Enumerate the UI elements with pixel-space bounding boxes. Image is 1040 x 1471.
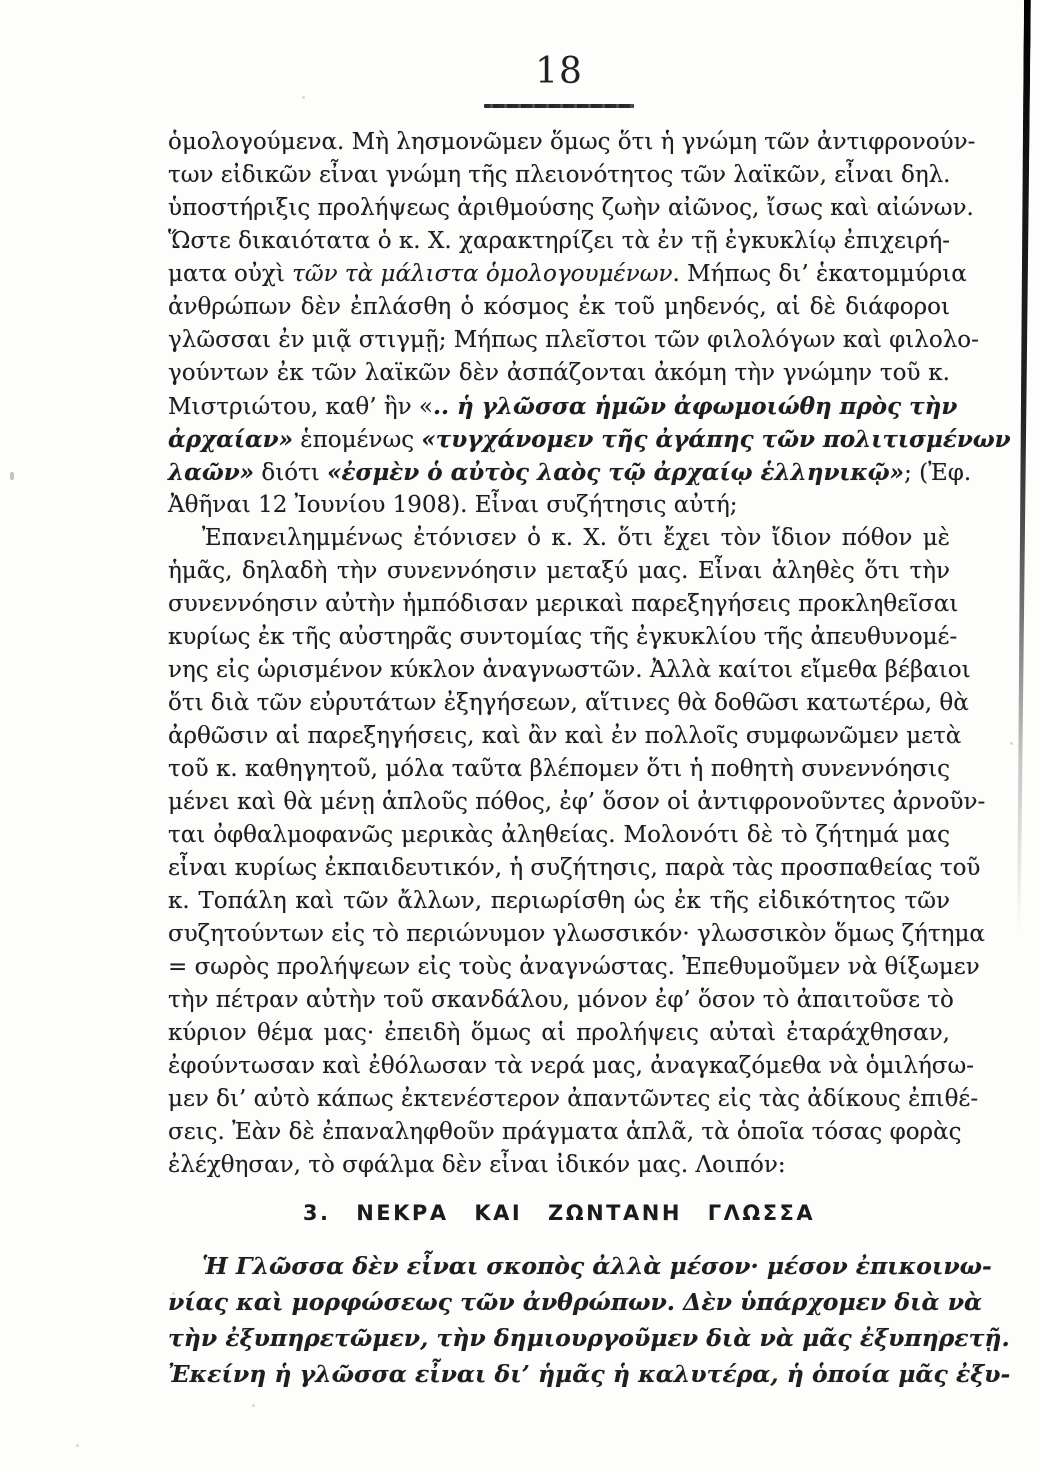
scan-speck xyxy=(938,1330,941,1333)
text-run: νίας καὶ μορφώσεως τῶν ἀνθρώπων. Δὲν ὑπά… xyxy=(168,1288,982,1316)
section-heading: 3. ΝΕΚΡΑ ΚΑΙ ΖΩΝΤΑΝΗ ΓΛΩΣΣΑ xyxy=(168,1200,950,1226)
text-line: ὁμολογούμενα. Μὴ λησμονῶμεν ὅμως ὅτι ἡ γ… xyxy=(168,126,950,159)
text-line: ματα οὐχὶ τῶν τὰ μάλιστα ὁμολογουμένων. … xyxy=(168,258,950,291)
text-run: διότι xyxy=(254,460,327,486)
text-line: νίας καὶ μορφώσεως τῶν ἀνθρώπων. Δὲν ὑπά… xyxy=(168,1284,950,1320)
text-line: ἐλέχθησαν, τὸ σφάλμα δὲν εἶναι ἰδικόν μα… xyxy=(168,1149,950,1182)
text-line: Ἡ Γλῶσσα δὲν εἶναι σκοπὸς ἀλλὰ μέσον· μέ… xyxy=(168,1248,950,1284)
text-line: ὑποστήριξις προλήψεως ἀριθμούσης ζωὴν αἰ… xyxy=(168,192,950,225)
text-run: εἶναι κυρίως ἐκπαιδευτικόν, ἡ συζήτησις,… xyxy=(168,855,980,881)
text-run: τοῦ κ. καθηγητοῦ, μόλα ταῦτα βλέπομεν ὅτ… xyxy=(168,756,950,782)
text-run: συνεννόησιν αὐτὴν ἡμπόδισαν μερικαὶ παρε… xyxy=(168,591,958,617)
scan-speck xyxy=(1010,742,1013,745)
text-line: ἀρχαίαν» ἑπομένως «τυγχάνομεν τῆς ἀγάπης… xyxy=(168,423,950,456)
text-line: ἀνθρώπων δὲν ἐπλάσθη ὁ κόσμος ἐκ τοῦ μηδ… xyxy=(168,291,950,324)
text-run: «ἐσμὲν ὁ αὐτὸς λαὸς τῷ ἀρχαίῳ ἑλληνικῷ» xyxy=(327,459,904,486)
paragraph-two: Ἐπανειλημμένως ἐτόνισεν ὁ κ. Χ. ὅτι ἔχει… xyxy=(168,522,950,1182)
text-run: γλῶσσαι ἐν μιᾷ στιγμῇ; Μήπως πλεῖστοι τῶ… xyxy=(168,327,979,353)
paragraph-lead-bold-italic: Ἡ Γλῶσσα δὲν εἶναι σκοπὸς ἀλλὰ μέσον· μέ… xyxy=(168,1248,950,1392)
page-header: 18 xyxy=(168,52,950,108)
text-run: γούντων ἐκ τῶν λαϊκῶν δὲν ἀσπάζονται ἀκό… xyxy=(168,360,950,386)
text-run: μένει καὶ θὰ μένῃ ἁπλοῦς πόθος, ἐφ’ ὅσον… xyxy=(168,789,985,815)
text-line: Ἐπανειλημμένως ἐτόνισεν ὁ κ. Χ. ὅτι ἔχει… xyxy=(168,522,950,555)
text-run: συζητούντων εἰς τὸ περιώνυμον γλωσσικόν·… xyxy=(168,921,985,947)
text-run: Μιστριώτου, καθ’ ἣν « xyxy=(168,394,433,420)
text-line: κύριον θέμα μας· ἐπειδὴ ὅμως αἱ προλήψει… xyxy=(168,1017,950,1050)
text-run: ἡμᾶς, δηλαδὴ τὴν συνεννόησιν μεταξύ μας.… xyxy=(168,558,950,584)
text-run: ἀνθρώπων δὲν ἐπλάσθη ὁ κόσμος ἐκ τοῦ μηδ… xyxy=(168,294,950,320)
text-line: = σωρὸς προλήψεων εἰς τοὺς ἀναγνώστας. Ἐ… xyxy=(168,951,950,984)
text-line: γλῶσσαι ἐν μιᾷ στιγμῇ; Μήπως πλεῖστοι τῶ… xyxy=(168,324,950,357)
text-line: ται ὀφθαλμοφανῶς μερικὰς ἀληθείας. Μολον… xyxy=(168,819,950,852)
text-run: ται ὀφθαλμοφανῶς μερικὰς ἀληθείας. Μολον… xyxy=(168,822,950,848)
text-run: Ὥστε δικαιότατα ὁ κ. Χ. χαρακτηρίζει τὰ … xyxy=(168,228,950,254)
text-line: ἡμᾶς, δηλαδὴ τὴν συνεννόησιν μεταξύ μας.… xyxy=(168,555,950,588)
text-line: εἶναι κυρίως ἐκπαιδευτικόν, ἡ συζήτησις,… xyxy=(168,852,950,885)
text-line: λαῶν» διότι «ἐσμὲν ὁ αὐτὸς λαὸς τῷ ἀρχαί… xyxy=(168,456,950,489)
text-run: νης εἰς ὡρισμένον κύκλον ἀναγνωστῶν. Ἀλλ… xyxy=(168,657,971,683)
text-run: ἐλέχθησαν, τὸ σφάλμα δὲν εἶναι ἰδικόν μα… xyxy=(168,1152,786,1178)
scan-speck xyxy=(868,206,871,209)
text-run: Ἀθῆναι 12 Ἰουνίου 1908). Εἶναι συζήτησις… xyxy=(168,492,738,518)
page-number-rule xyxy=(484,104,634,108)
text-line: συζητούντων εἰς τὸ περιώνυμον γλωσσικόν·… xyxy=(168,918,950,951)
text-run: τὴν ἐξυπηρετῶμεν, τὴν δημιουργοῦμεν διὰ … xyxy=(168,1324,1010,1352)
scan-speck xyxy=(252,1404,255,1407)
text-run: των εἰδικῶν εἶναι γνώμη τῆς πλειονότητος… xyxy=(168,162,950,188)
scan-speck xyxy=(302,96,305,99)
text-run: ἐφούντωσαν καὶ ἐθόλωσαν τὰ νερά μας, ἀνα… xyxy=(168,1053,974,1079)
text-line: μένει καὶ θὰ μένῃ ἁπλοῦς πόθος, ἐφ’ ὅσον… xyxy=(168,786,950,819)
text-run: Ἡ Γλῶσσα δὲν εἶναι σκοπὸς ἀλλὰ μέσον· μέ… xyxy=(202,1252,992,1280)
page-number: 18 xyxy=(168,52,950,92)
scan-speck xyxy=(76,1444,79,1447)
text-line: κ. Τοπάλη καὶ τῶν ἄλλων, περιωρίσθη ὡς ἐ… xyxy=(168,885,950,918)
text-run: Ἐπανειλημμένως ἐτόνισεν ὁ κ. Χ. ὅτι ἔχει… xyxy=(202,525,950,551)
paragraph-continuation: ὁμολογούμενα. Μὴ λησμονῶμεν ὅμως ὅτι ἡ γ… xyxy=(168,126,950,522)
text-run: κ. Τοπάλη καὶ τῶν ἄλλων, περιωρίσθη ὡς ἐ… xyxy=(168,888,950,914)
text-line: συνεννόησιν αὐτὴν ἡμπόδισαν μερικαὶ παρε… xyxy=(168,588,950,621)
text-run: μεν δι’ αὐτὸ κάπως ἐκτενέστερον ἀπαντῶντ… xyxy=(168,1086,978,1112)
text-line: ὅτι διὰ τῶν εὐρυτάτων ἐξηγήσεων, αἵτινες… xyxy=(168,687,950,720)
text-line: σεις. Ἐὰν δὲ ἐπαναληφθοῦν πράγματα ἁπλᾶ,… xyxy=(168,1116,950,1149)
text-block: ὁμολογούμενα. Μὴ λησμονῶμεν ὅμως ὅτι ἡ γ… xyxy=(168,126,950,1392)
text-line: τὴν ἐξυπηρετῶμεν, τὴν δημιουργοῦμεν διὰ … xyxy=(168,1320,950,1356)
text-run: = σωρὸς προλήψεων εἰς τοὺς ἀναγνώστας. Ἐ… xyxy=(168,954,980,980)
text-line: Μιστριώτου, καθ’ ἣν «.. ἡ γλῶσσα ἡμῶν ἀφ… xyxy=(168,390,950,423)
text-line: κυρίως ἐκ τῆς αὐστηρᾶς συντομίας τῆς ἐγκ… xyxy=(168,621,950,654)
text-run: κύριον θέμα μας· ἐπειδὴ ὅμως αἱ προλήψει… xyxy=(168,1020,950,1046)
scan-speck xyxy=(172,1292,175,1295)
text-run: τῶν τὰ μάλιστα ὁμολογουμένων xyxy=(292,261,672,287)
text-line: μεν δι’ αὐτὸ κάπως ἐκτενέστερον ἀπαντῶντ… xyxy=(168,1083,950,1116)
text-run: «τυγχάνομεν τῆς ἀγάπης τῶν πολιτισμένων xyxy=(421,426,1010,453)
scan-speck xyxy=(10,472,14,480)
text-run: ὁμολογούμενα. Μὴ λησμονῶμεν ὅμως ὅτι ἡ γ… xyxy=(168,129,975,155)
text-run: κυρίως ἐκ τῆς αὐστηρᾶς συντομίας τῆς ἐγκ… xyxy=(168,624,957,650)
text-run: ματα οὐχὶ xyxy=(168,261,292,287)
text-line: ἐφούντωσαν καὶ ἐθόλωσαν τὰ νερά μας, ἀνα… xyxy=(168,1050,950,1083)
text-line: των εἰδικῶν εἶναι γνώμη τῆς πλειονότητος… xyxy=(168,159,950,192)
text-run: τὴν πέτραν αὐτὴν τοῦ σκανδάλου, μόνον ἐφ… xyxy=(168,987,954,1013)
text-run: Ἐκείνη ἡ γλῶσσα εἶναι δι’ ἡμᾶς ἡ καλυτέρ… xyxy=(168,1360,1010,1388)
text-line: νης εἰς ὡρισμένον κύκλον ἀναγνωστῶν. Ἀλλ… xyxy=(168,654,950,687)
text-run: σεις. Ἐὰν δὲ ἐπαναληφθοῦν πράγματα ἁπλᾶ,… xyxy=(168,1119,961,1145)
text-run: . Μήπως δι’ ἑκατομμύρια xyxy=(673,261,967,287)
text-line: Ἀθῆναι 12 Ἰουνίου 1908). Εἶναι συζήτησις… xyxy=(168,489,950,522)
scan-edge-artifact xyxy=(1015,0,1031,932)
text-line: ἀρθῶσιν αἱ παρεξηγήσεις, καὶ ἂν καὶ ἐν π… xyxy=(168,720,950,753)
text-run: ἀρθῶσιν αἱ παρεξηγήσεις, καὶ ἂν καὶ ἐν π… xyxy=(168,723,961,749)
text-run: ἀρχαίαν» xyxy=(168,426,293,453)
text-line: τὴν πέτραν αὐτὴν τοῦ σκανδάλου, μόνον ἐφ… xyxy=(168,984,950,1017)
text-run: ; (Ἐφ. xyxy=(904,460,971,486)
scanned-book-page: 18 ὁμολογούμενα. Μὴ λησμονῶμεν ὅμως ὅτι … xyxy=(0,0,1040,1471)
text-line: Ἐκείνη ἡ γλῶσσα εἶναι δι’ ἡμᾶς ἡ καλυτέρ… xyxy=(168,1356,950,1392)
text-line: Ὥστε δικαιότατα ὁ κ. Χ. χαρακτηρίζει τὰ … xyxy=(168,225,950,258)
text-run: ὑποστήριξις προλήψεως ἀριθμούσης ζωὴν αἰ… xyxy=(168,195,974,221)
text-run: ἑπομένως xyxy=(293,427,421,453)
text-run: .. ἡ γλῶσσα ἡμῶν ἀφωμοιώθη πρὸς τὴν xyxy=(433,393,957,420)
text-run: ὅτι διὰ τῶν εὐρυτάτων ἐξηγήσεων, αἵτινες… xyxy=(168,690,969,716)
text-line: τοῦ κ. καθηγητοῦ, μόλα ταῦτα βλέπομεν ὅτ… xyxy=(168,753,950,786)
text-line: γούντων ἐκ τῶν λαϊκῶν δὲν ἀσπάζονται ἀκό… xyxy=(168,357,950,390)
text-run: λαῶν» xyxy=(168,459,254,486)
